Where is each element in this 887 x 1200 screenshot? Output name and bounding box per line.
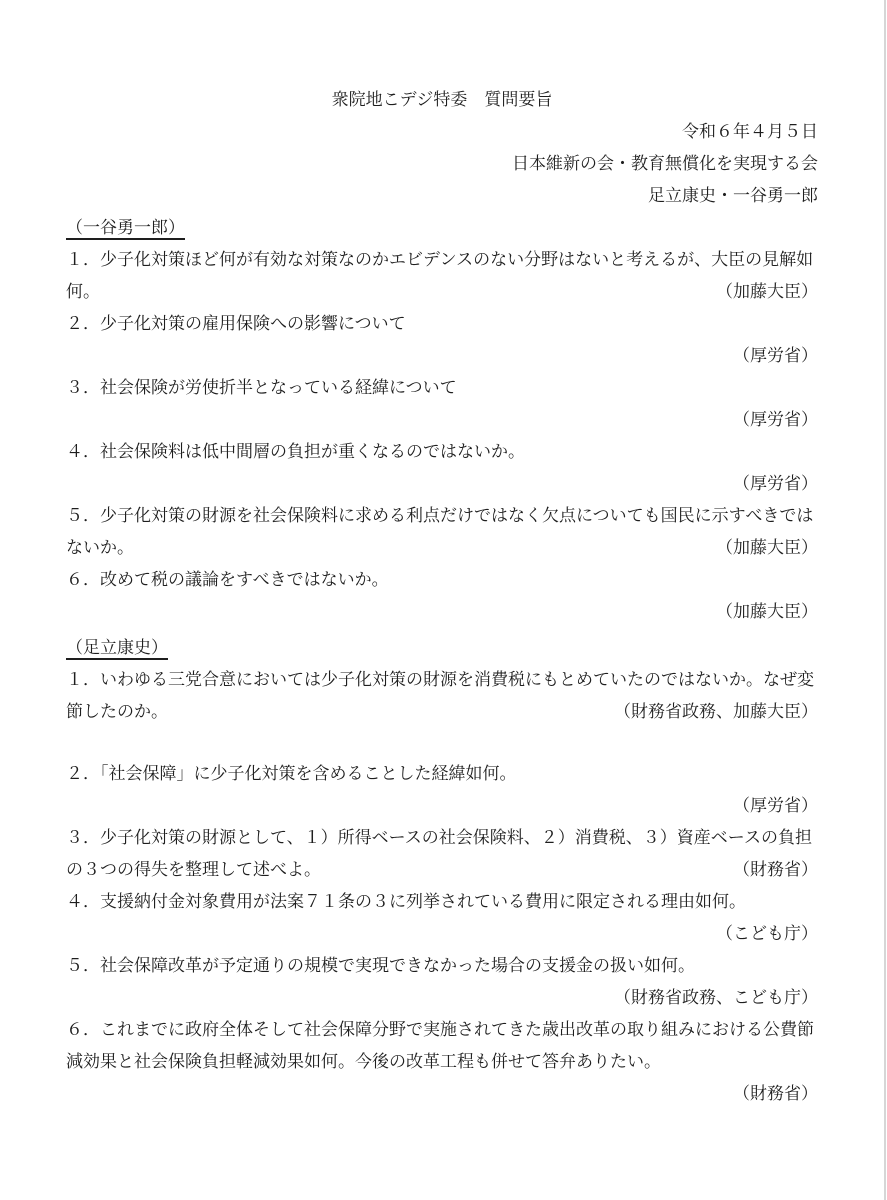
question-line: 減効果と社会保険負担軽減効果如何。今後の改革工程も併せて答弁ありたい。 [66, 1046, 818, 1078]
question-line: ６．これまでに政府全体そして社会保障分野で実施されてきた歳出改革の取り組みにおけ… [66, 1014, 818, 1046]
question-line-with-attribution: ないか。 （加藤大臣） [66, 532, 818, 564]
section-heading-text: （足立康史） [66, 638, 168, 657]
question-line: ３．少子化対策の財源として、１）所得ベースの社会保険料、２）消費税、３）資産ベー… [66, 822, 818, 854]
question-line-text: ないか。 [66, 532, 134, 564]
attribution-label: （こども庁） [66, 918, 818, 950]
attribution-label: （財務省政務、加藤大臣） [614, 696, 818, 728]
attribution-label: （加藤大臣） [716, 276, 818, 308]
question-line: ４．社会保険料は低中間層の負担が重くなるのではないか。 [66, 436, 818, 468]
question-line: ６．改めて税の議論をすべきではないか。 [66, 564, 818, 596]
document-title: 衆院地こデジ特委 質問要旨 [66, 84, 818, 116]
question-line-text: 節したのか。 [66, 696, 168, 728]
question-line-text: の３つの得失を整理して述べよ。 [66, 854, 321, 886]
attribution-label: （厚労省） [66, 790, 818, 822]
question-line: １．少子化対策ほど何が有効な対策なのかエビデンスのない分野はないと考えるが、大臣… [66, 244, 818, 276]
section-heading-adachi: （足立康史） [66, 632, 818, 664]
attribution-label: （加藤大臣） [66, 596, 818, 628]
attribution-label: （財務省） [733, 854, 818, 886]
section-heading-ichitani: （一谷勇一郎） [66, 212, 818, 244]
attribution-label: （厚労省） [66, 468, 818, 500]
question-line: ２．「社会保障」に少子化対策を含めることした経緯如何。 [66, 758, 818, 790]
blank-line [66, 728, 818, 758]
document-organization: 日本維新の会・教育無償化を実現する会 [66, 148, 818, 180]
question-line-with-attribution: の３つの得失を整理して述べよ。 （財務省） [66, 854, 818, 886]
question-line-text: 何。 [66, 276, 100, 308]
attribution-label: （財務省政務、こども庁） [66, 982, 818, 1014]
attribution-label: （厚労省） [66, 340, 818, 372]
attribution-label: （加藤大臣） [716, 532, 818, 564]
question-line: ５．社会保障改革が予定通りの規模で実現できなかった場合の支援金の扱い如何。 [66, 950, 818, 982]
section-heading-text: （一谷勇一郎） [66, 218, 185, 237]
question-line: ３．社会保険が労使折半となっている経緯について [66, 372, 818, 404]
question-line: １．いわゆる三党合意においては少子化対策の財源を消費税にもとめていたのではないか… [66, 664, 818, 696]
document-page: 衆院地こデジ特委 質問要旨 令和６年４月５日 日本維新の会・教育無償化を実現する… [0, 0, 887, 1200]
page-right-edge-divider [884, 0, 886, 1200]
question-line-with-attribution: 何。 （加藤大臣） [66, 276, 818, 308]
document-authors: 足立康史・一谷勇一郎 [66, 180, 818, 212]
attribution-label: （財務省） [66, 1078, 818, 1110]
question-line-with-attribution: 節したのか。 （財務省政務、加藤大臣） [66, 696, 818, 728]
document-date: 令和６年４月５日 [66, 116, 818, 148]
question-line: ５．少子化対策の財源を社会保険料に求める利点だけではなく欠点についても国民に示す… [66, 500, 818, 532]
question-summary-document: 衆院地こデジ特委 質問要旨 令和６年４月５日 日本維新の会・教育無償化を実現する… [66, 84, 818, 1110]
attribution-label: （厚労省） [66, 404, 818, 436]
question-line: ２．少子化対策の雇用保険への影響について [66, 308, 818, 340]
question-line: ４．支援納付金対象費用が法案７１条の３に列挙されている費用に限定される理由如何。 [66, 886, 818, 918]
